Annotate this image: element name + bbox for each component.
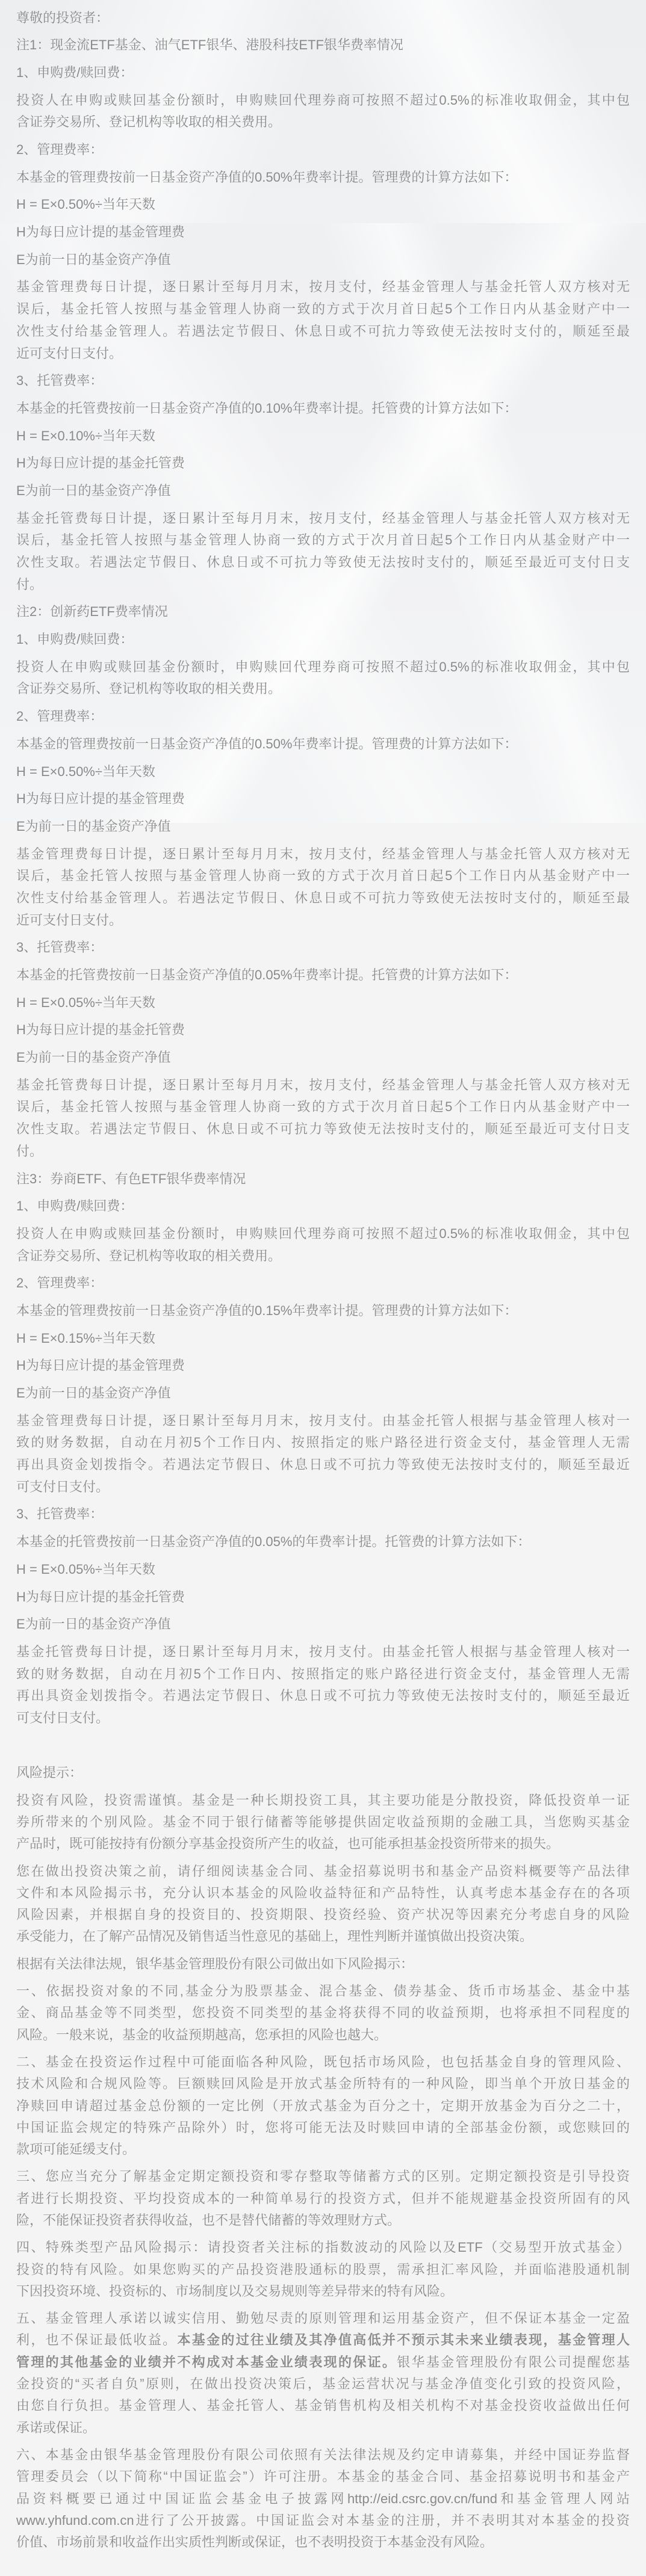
risk-item-2: 二、基金在投资运作过程中可能面临各种风险，既包括市场风险，也包括基金自身的管理风… [16,2051,630,2160]
text-line: 技术风险和合规风险等。巨额赎回风险是开放式基金所特有的一种风险，即当单个开放日基… [16,2073,630,2095]
text-line: 误后，基金托管人按照与基金管理人协商一致的方式于次月首日起5个工作日内从基金财产… [16,865,630,887]
note-title: 注2：创新药ETF费率情况 [16,601,630,623]
text-line: 净赎回申请超过基金总份额的一定比例（开放式基金为百分之十，定期开放基金为百分之二… [16,2095,630,2117]
text-segment: 和基金管理人网站 [497,2491,630,2506]
text-segment: 进行了公开披露。中国证监会对本基金的注册，并不表明其对本基金的投资 [134,2513,630,2528]
text-line: 致的财务数据，自动在月初5个工作日内、按照指定的账户路径进行资金支付，基金管理人… [16,1663,630,1686]
formula-e-definition: E为前一日的基金资产净值 [16,480,630,502]
text-line: 券所带来的个别风险。基金不同于银行储蓄等能够提供固定收益预期的金融工具，当您购买… [16,1811,630,1833]
text-line: 六、本基金由银华基金管理股份有限公司依照有关法律法规及约定申请募集，并经中国证券… [16,2444,630,2466]
risk-item-6: 六、本基金由银华基金管理股份有限公司依照有关法律法规及约定申请募集，并经中国证券… [16,2444,630,2553]
custody-fee-payment-text: 基金托管费每日计提，逐日累计至每月月末，按月支付，经基金管理人与基金托管人双方核… [16,508,630,596]
formula-e-definition: E为前一日的基金资产净值 [16,249,630,271]
note-title: 注1：现金流ETF基金、油气ETF银华、港股科技ETF银华费率情况 [16,34,630,57]
fee-note-3: 注3：券商ETF、有色ETF银华费率情况 1、申购费/赎回费： 投资人在申购或赎… [16,1168,630,1730]
subscription-fee-text: 投资人在申购或赎回基金份额时，申购赎回代理券商可按照不超过0.5%的标准收取佣金… [16,1223,630,1267]
text-line: 产品时，既可能按持有份额分享基金投资所产生的收益，也可能承担基金投资所带来的损失… [16,1833,630,1855]
management-fee-formula: H = E×0.15%÷当年天数 [16,1328,630,1350]
formula-h-definition: H为每日应计提的基金托管费 [16,452,630,475]
subscription-fee-heading: 1、申购费/赎回费： [16,629,630,651]
text-line: 三、您应当充分了解基金定期定额投资和零存整取等储蓄方式的区别。定期定额投资是引导… [16,2166,630,2187]
text-line: 二、基金在投资运作过程中可能面临各种风险，既包括市场风险，也包括基金自身的管理风… [16,2051,630,2073]
text-line: 基金管理费每日计提，逐日累计至每月月末，按月支付，经基金管理人与基金托管人双方核… [16,843,630,866]
text-line: 根据有关法律法规，银华基金管理股份有限公司做出如下风险揭示： [16,1953,630,1975]
text-line: www.yhfund.com.cn进行了公开披露。中国证监会对本基金的注册，并不… [16,2510,630,2531]
text-line: 中国证监会规定的特殊产品除外）时，您将可能无法及时赎回申请的全部基金份额，或您赎… [16,2117,630,2139]
text-line: 基金管理费每日计提，逐日累计至每月月末，按月支付。由基金托管人根据与基金管理人核… [16,1410,630,1432]
text-line: 承受能力，在了解产品情况及销售适当性意见的基础上，理性判断并谨慎做出投资决策。 [16,1926,630,1947]
text-line: 者进行长期投资、平均投资成本的一种简单易行的投资方式，但并不能规避基金投资所固有… [16,2188,630,2210]
text-line: 款项可能延缓支付。 [16,2139,630,2160]
emphasized-disclaimer: 本基金的过往业绩及其净值高低并不预示其未来业绩表现，基金管理人 [177,2332,630,2347]
custody-fee-formula: H = E×0.05%÷当年天数 [16,992,630,1014]
text-line: 承诺或保证。 [16,2417,630,2439]
text-line: 险，不能保证投资者获得收益，也不是替代储蓄的等效理财方式。 [16,2210,630,2231]
custody-fee-payment-text: 基金托管费每日计提，逐日累计至每月月末，按月支付，经基金管理人与基金托管人双方核… [16,1074,630,1163]
risk-paragraph: 您在做出投资决策之前，请仔细阅读基金合同、基金招募说明书和基金产品资料概要等产品… [16,1861,630,1948]
risk-item-5: 五、基金管理人承诺以诚实信用、勤勉尽责的原则管理和运用基金资产，但不保证本基金一… [16,2308,630,2439]
subscription-fee-text: 投资人在申购或赎回基金份额时，申购赎回代理券商可按照不超过0.5%的标准收取佣金… [16,90,630,134]
text-line: 金、商品基金等不同类型，您投资不同类型的基金将获得不同的收益预期，也将承担不同程… [16,2002,630,2024]
formula-h-definition: H为每日应计提的基金管理费 [16,1355,630,1377]
text-line: 文件和本风险揭示书，充分认识本基金的风险收益特征和产品特性，认真考虑本基金存在的… [16,1882,630,1904]
fee-note-2: 注2：创新药ETF费率情况 1、申购费/赎回费： 投资人在申购或赎回基金份额时，… [16,601,630,1162]
text-segment: 银华基金管理股份有限公司提醒您基 [397,2355,630,2370]
custody-fee-heading: 3、托管费率： [16,937,630,959]
text-line: 基金托管费每日计提，逐日累计至每月月末，按月支付，经基金管理人与基金托管人双方核… [16,508,630,530]
text-line: 四、特殊类型产品风险揭示：请投资者关注标的指数波动的风险以及ETF（交易型开放式… [16,2237,630,2258]
note-title: 注3：券商ETF、有色ETF银华费率情况 [16,1168,630,1191]
text-line: 近可支付日支付。 [16,343,630,365]
management-fee-formula: H = E×0.50%÷当年天数 [16,194,630,216]
management-fee-heading: 2、管理费率： [16,139,630,161]
text-line: 次性支付给基金管理人。若遇法定节假日、休息日或不可抗力等致使无法按时支付的，顺延… [16,887,630,910]
formula-e-definition: E为前一日的基金资产净值 [16,1613,630,1636]
text-line: 含证券交易所、登记机构等收取的相关费用。 [16,1245,630,1268]
text-line: 投资人在申购或赎回基金份额时，申购赎回代理券商可按照不超过0.5%的标准收取佣金… [16,90,630,112]
greeting: 尊敬的投资者： [16,7,630,29]
text-line: 下因投资环境、投资标的、市场制度以及交易规则等差异带来的特有风险。 [16,2281,630,2302]
page-scroll-container[interactable]: 尊敬的投资者： 注1：现金流ETF基金、油气ETF银华、港股科技ETF银华费率情… [0,0,646,2553]
csrc-disclosure-url: http://eid.csrc.gov.cn/fund [347,2491,497,2506]
management-fee-heading: 2、管理费率： [16,1272,630,1295]
text-line: 投资有风险，投资需谨慎。基金是一种长期投资工具，其主要功能是分散投资，降低投资单… [16,1790,630,1811]
formula-h-definition: H为每日应计提的基金管理费 [16,788,630,810]
text-line: 误后，基金托管人按照与基金管理人协商一致的方式于次月首日起5个工作日内从基金财产… [16,529,630,552]
text-line: 含证券交易所、登记机构等收取的相关费用。 [16,111,630,134]
fund-website-url: www.yhfund.com.cn [16,2513,134,2528]
text-line: 投资的特有风险。如果您购买的产品投资港股通标的股票，需承担汇率风险，并面临港股通… [16,2259,630,2281]
subscription-fee-heading: 1、申购费/赎回费： [16,1195,630,1218]
text-line: 风险因素，并根据自身的投资目的、投资期限、投资经验、资产状况等因素充分考虑自身的… [16,1904,630,1926]
formula-h-definition: H为每日应计提的基金管理费 [16,221,630,244]
text-line: 金投资的“买者自负”原则，在做出投资决策后，基金运营状况与基金净值变化引致的投资… [16,2373,630,2395]
risk-title: 风险提示： [16,1762,630,1784]
text-line: 再出具资金划拨指令。若遇法定节假日、休息日或不可抗力等致使无法按时支付的，顺延至… [16,1685,630,1707]
text-line: 付。 [16,574,630,596]
formula-e-definition: E为前一日的基金资产净值 [16,816,630,838]
custody-fee-formula: H = E×0.10%÷当年天数 [16,425,630,448]
custody-fee-payment-text: 基金托管费每日计提，逐日累计至每月月末，按月支付。由基金托管人根据与基金管理人核… [16,1641,630,1730]
risk-paragraph: 根据有关法律法规，银华基金管理股份有限公司做出如下风险揭示： [16,1953,630,1975]
text-line: 次性支取。若遇法定节假日、休息日或不可抗力等致使无法按时支付的，顺延至最近可支付… [16,1118,630,1141]
custody-fee-rate-text: 本基金的托管费按前一日基金资产净值的0.05%的年费率计提。托管费的计算方法如下… [16,1531,630,1553]
blank-line [16,1735,630,1757]
text-line: 基金托管费每日计提，逐日累计至每月月末，按月支付，经基金管理人与基金托管人双方核… [16,1074,630,1097]
text-line: 再出具资金划拨指令。若遇法定节假日、休息日或不可抗力等致使无法按时支付的，顺延至… [16,1454,630,1476]
formula-h-definition: H为每日应计提的基金托管费 [16,1019,630,1041]
text-line: 基金托管费每日计提，逐日累计至每月月末，按月支付。由基金托管人根据与基金管理人核… [16,1641,630,1663]
risk-item-1: 一、依据投资对象的不同,基金分为股票基金、混合基金、债券基金、货币市场基金、基金… [16,1980,630,2046]
management-fee-rate-text: 本基金的管理费按前一日基金资产净值的0.50%年费率计提。管理费的计算方法如下： [16,167,630,189]
management-fee-formula: H = E×0.50%÷当年天数 [16,761,630,783]
text-line: 品资料概要已通过中国证监会基金电子披露网http://eid.csrc.gov.… [16,2488,630,2510]
custody-fee-formula: H = E×0.05%÷当年天数 [16,1559,630,1581]
management-fee-payment-text: 基金管理费每日计提，逐日累计至每月月末，按月支付。由基金托管人根据与基金管理人核… [16,1410,630,1499]
risk-disclosure: 风险提示： 投资有风险，投资需谨慎。基金是一种长期投资工具，其主要功能是分散投资… [16,1762,630,2553]
text-line: 可支付日支付。 [16,1476,630,1499]
fee-note-1: 注1：现金流ETF基金、油气ETF银华、港股科技ETF银华费率情况 1、申购费/… [16,34,630,596]
text-line: 风险。一般来说，基金的收益预期越高，您承担的风险也越大。 [16,2024,630,2046]
management-fee-payment-text: 基金管理费每日计提，逐日累计至每月月末，按月支付，经基金管理人与基金托管人双方核… [16,276,630,365]
custody-fee-rate-text: 本基金的托管费按前一日基金资产净值的0.05%年费率计提。托管费的计算方法如下： [16,964,630,987]
custody-fee-rate-text: 本基金的托管费按前一日基金资产净值的0.10%年费率计提。托管费的计算方法如下： [16,398,630,420]
management-fee-rate-text: 本基金的管理费按前一日基金资产净值的0.15%年费率计提。管理费的计算方法如下： [16,1300,630,1322]
text-line: 次性支取。若遇法定节假日、休息日或不可抗力等致使无法按时支付的，顺延至最近可支付… [16,552,630,574]
management-fee-rate-text: 本基金的管理费按前一日基金资产净值的0.50%年费率计提。管理费的计算方法如下： [16,733,630,756]
text-line: 由您自行负担。基金管理人、基金托管人、基金销售机构及相关机构不对基金投资收益做出… [16,2395,630,2417]
custody-fee-heading: 3、托管费率： [16,370,630,392]
risk-item-3: 三、您应当充分了解基金定期定额投资和零存整取等储蓄方式的区别。定期定额投资是引导… [16,2166,630,2231]
formula-e-definition: E为前一日的基金资产净值 [16,1382,630,1405]
formula-e-definition: E为前一日的基金资产净值 [16,1047,630,1069]
text-line: 基金管理费每日计提，逐日累计至每月月末，按月支付，经基金管理人与基金托管人双方核… [16,276,630,298]
management-fee-payment-text: 基金管理费每日计提，逐日累计至每月月末，按月支付，经基金管理人与基金托管人双方核… [16,843,630,932]
text-line: 付。 [16,1141,630,1163]
text-line: 误后，基金托管人按照与基金管理人协商一致的方式于次月首日起5个工作日内从基金财产… [16,298,630,321]
text-line: 次性支付给基金管理人。若遇法定节假日、休息日或不可抗力等致使无法按时支付的，顺延… [16,321,630,343]
text-segment: 品资料概要已通过中国证监会基金电子披露网 [16,2491,347,2506]
text-line: 可支付日支付。 [16,1707,630,1730]
text-segment: 利，也不保证最低收益。 [16,2332,177,2347]
text-line: 您在做出投资决策之前，请仔细阅读基金合同、基金招募说明书和基金产品资料概要等产品… [16,1861,630,1882]
text-line: 含证券交易所、登记机构等收取的相关费用。 [16,678,630,700]
text-line: 致的财务数据，自动在月初5个工作日内、按照指定的账户路径进行资金支付，基金管理人… [16,1432,630,1454]
text-line: 管理委员会（以下简称“中国证监会”）许可注册。本基金的基金合同、基金招募说明书和… [16,2466,630,2488]
text-line: 价值、市场前景和收益作出实质性判断或保证，也不表明投资于本基金没有风险。 [16,2531,630,2553]
risk-item-4: 四、特殊类型产品风险揭示：请投资者关注标的指数波动的风险以及ETF（交易型开放式… [16,2237,630,2302]
text-line: 一、依据投资对象的不同,基金分为股票基金、混合基金、债券基金、货币市场基金、基金… [16,1980,630,2002]
management-fee-heading: 2、管理费率： [16,706,630,728]
text-line: 五、基金管理人承诺以诚实信用、勤勉尽责的原则管理和运用基金资产，但不保证本基金一… [16,2308,630,2329]
subscription-fee-heading: 1、申购费/赎回费： [16,62,630,84]
text-line: 投资人在申购或赎回基金份额时，申购赎回代理券商可按照不超过0.5%的标准收取佣金… [16,656,630,679]
text-line: 误后，基金托管人按照与基金管理人协商一致的方式于次月首日起5个工作日内从基金财产… [16,1096,630,1118]
formula-h-definition: H为每日应计提的基金托管费 [16,1586,630,1609]
text-line: 管理的其他基金的业绩并不构成对本基金业绩表现的保证。银华基金管理股份有限公司提醒… [16,2352,630,2373]
text-line: 利，也不保证最低收益。本基金的过往业绩及其净值高低并不预示其未来业绩表现，基金管… [16,2329,630,2351]
risk-paragraph: 投资有风险，投资需谨慎。基金是一种长期投资工具，其主要功能是分散投资，降低投资单… [16,1790,630,1855]
text-line: 近可支付日支付。 [16,910,630,932]
emphasized-disclaimer: 管理的其他基金的业绩并不构成对本基金业绩表现的保证。 [16,2355,397,2370]
text-line: 投资人在申购或赎回基金份额时，申购赎回代理券商可按照不超过0.5%的标准收取佣金… [16,1223,630,1245]
custody-fee-heading: 3、托管费率： [16,1503,630,1526]
subscription-fee-text: 投资人在申购或赎回基金份额时，申购赎回代理券商可按照不超过0.5%的标准收取佣金… [16,656,630,700]
